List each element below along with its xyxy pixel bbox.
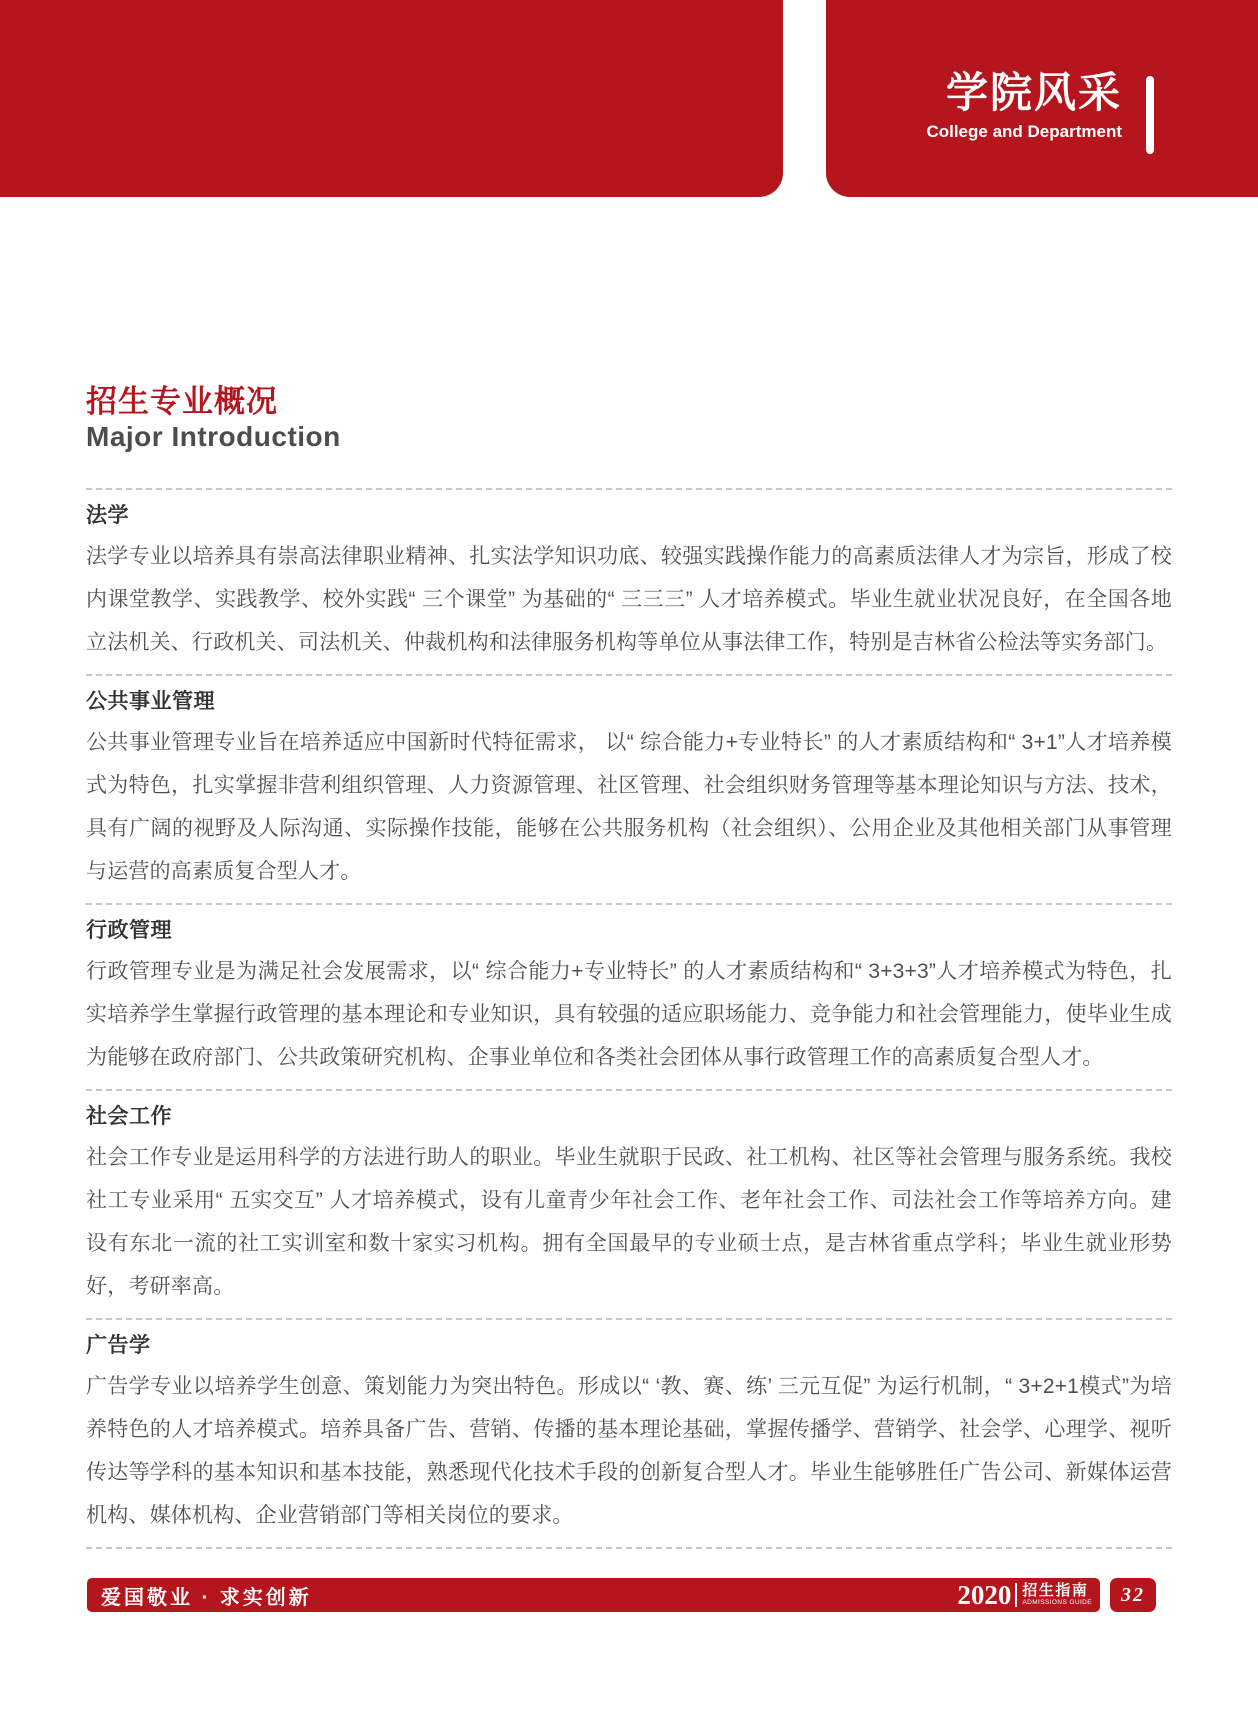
- section-divider: [86, 903, 1172, 905]
- section-heading: 行政管理: [86, 918, 1172, 944]
- header-left-red-band: [0, 0, 783, 197]
- footer-bar: 爱国敬业 · 求实创新 2020 招生指南 ADMISSIONS GUIDE: [87, 1578, 1100, 1612]
- main-content: 招生专业概况 Major Introduction 法学 法学专业以培养具有崇高…: [86, 197, 1172, 1549]
- page-title: 招生专业概况 Major Introduction: [86, 383, 1172, 454]
- header-accent-bar: [1146, 76, 1154, 154]
- header-title-en: College and Department: [926, 120, 1122, 144]
- section-heading: 社会工作: [86, 1104, 1172, 1130]
- section-body: 公共事业管理专业旨在培养适应中国新时代特征需求， 以“ 综合能力+专业特长” 的…: [86, 721, 1172, 893]
- page-number: 32: [1121, 1584, 1145, 1607]
- footer-motto: 爱国敬业 · 求实创新: [87, 1581, 312, 1610]
- section-heading: 公共事业管理: [86, 689, 1172, 715]
- footer-guide-group: 2020 招生指南 ADMISSIONS GUIDE: [957, 1578, 1100, 1612]
- section-body: 广告学专业以培养学生创意、策划能力为突出特色。形成以“ ‘教、赛、练’ 三元互促…: [86, 1365, 1172, 1537]
- footer-guide-cn: 招生指南: [1022, 1583, 1092, 1598]
- header-title-group: 学院风采 College and Department: [926, 68, 1122, 144]
- footer-year: 2020: [957, 1578, 1011, 1612]
- section-public-administration: 公共事业管理 公共事业管理专业旨在培养适应中国新时代特征需求， 以“ 综合能力+…: [86, 689, 1172, 903]
- page-title-en: Major Introduction: [86, 420, 1172, 454]
- section-social-work: 社会工作 社会工作专业是运用科学的方法进行助人的职业。毕业生就职于民政、社工机构…: [86, 1104, 1172, 1318]
- section-divider: [86, 1547, 1172, 1549]
- section-administrative-management: 行政管理 行政管理专业是为满足社会发展需求，以“ 综合能力+专业特长” 的人才素…: [86, 918, 1172, 1089]
- section-divider: [86, 488, 1172, 490]
- header-title-cn: 学院风采: [926, 68, 1122, 118]
- section-body: 行政管理专业是为满足社会发展需求，以“ 综合能力+专业特长” 的人才素质结构和“…: [86, 950, 1172, 1079]
- section-body: 法学专业以培养具有崇高法律职业精神、扎实法学知识功底、较强实践操作能力的高素质法…: [86, 535, 1172, 664]
- section-heading: 法学: [86, 503, 1172, 529]
- section-heading: 广告学: [86, 1333, 1172, 1359]
- page-number-box: 32: [1110, 1578, 1156, 1612]
- section-advertising: 广告学 广告学专业以培养学生创意、策划能力为突出特色。形成以“ ‘教、赛、练’ …: [86, 1333, 1172, 1547]
- footer-guide-label: 招生指南 ADMISSIONS GUIDE: [1022, 1583, 1092, 1607]
- section-law: 法学 法学专业以培养具有崇高法律职业精神、扎实法学知识功底、较强实践操作能力的高…: [86, 503, 1172, 674]
- header-right-red-band: 学院风采 College and Department: [826, 0, 1258, 197]
- footer-guide-en: ADMISSIONS GUIDE: [1022, 1600, 1092, 1607]
- page-title-cn: 招生专业概况: [86, 383, 1172, 420]
- footer-divider-line: [1015, 1583, 1017, 1607]
- section-divider: [86, 674, 1172, 676]
- section-divider: [86, 1089, 1172, 1091]
- page: 学院风采 College and Department 招生专业概况 Major…: [0, 0, 1258, 1719]
- section-body: 社会工作专业是运用科学的方法进行助人的职业。毕业生就职于民政、社工机构、社区等社…: [86, 1136, 1172, 1308]
- section-divider: [86, 1318, 1172, 1320]
